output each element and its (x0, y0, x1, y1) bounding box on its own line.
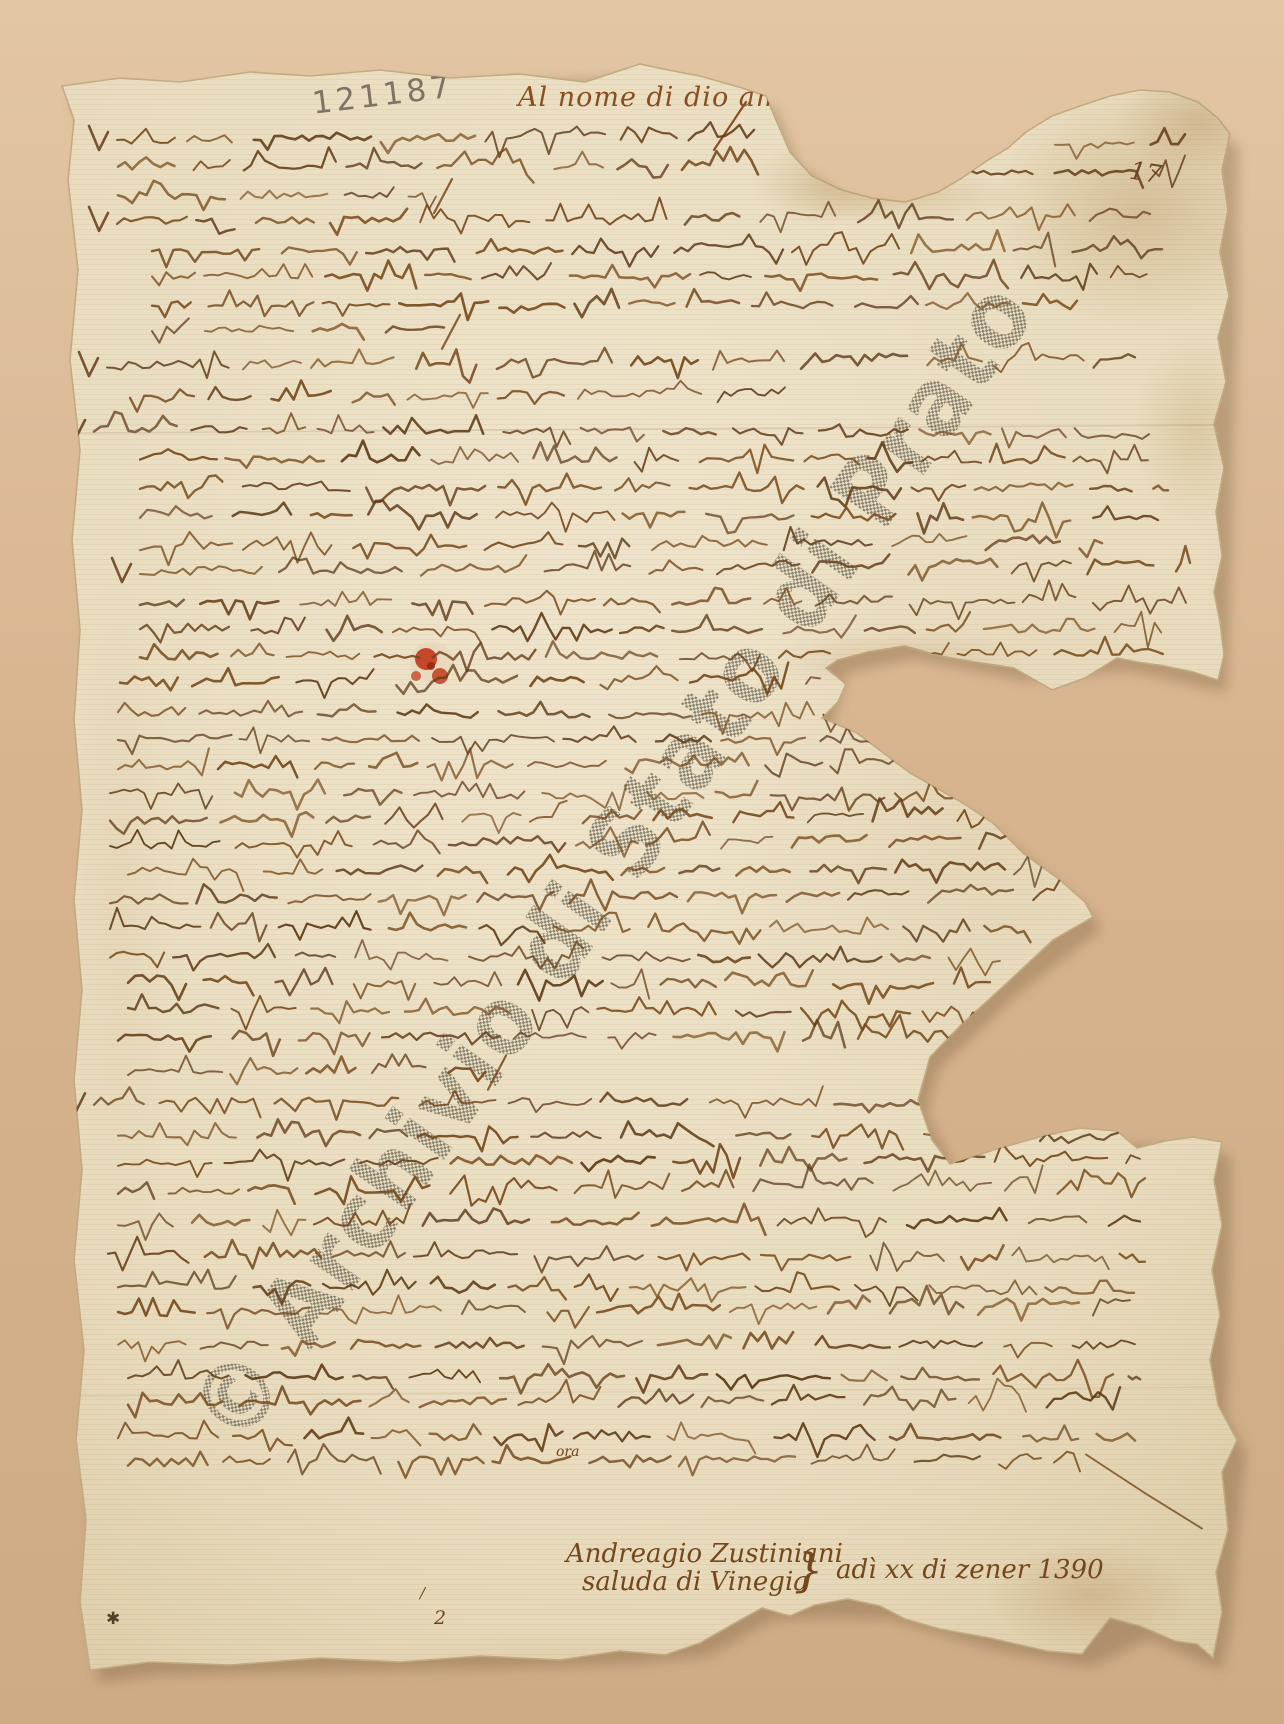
signature-date: adì xx di zener 1390 (836, 1555, 1104, 1585)
signature-bracket: } (794, 1543, 823, 1597)
manuscript-scan: © Archivio di Stato di Prato 121187 Al n… (0, 0, 1284, 1724)
page-numeral: 2 (433, 1607, 446, 1629)
collation-mark: ✱ (106, 1609, 120, 1629)
interlinear-note: ora (556, 1444, 579, 1460)
page-content: © Archivio di Stato di Prato 121187 Al n… (0, 0, 1284, 1724)
letter-page-svg: © Archivio di Stato di Prato 121187 Al n… (0, 0, 1284, 1724)
line1-number-fragment: 17 (1128, 156, 1164, 190)
signature-place: saluda di Vinegia (582, 1567, 809, 1597)
